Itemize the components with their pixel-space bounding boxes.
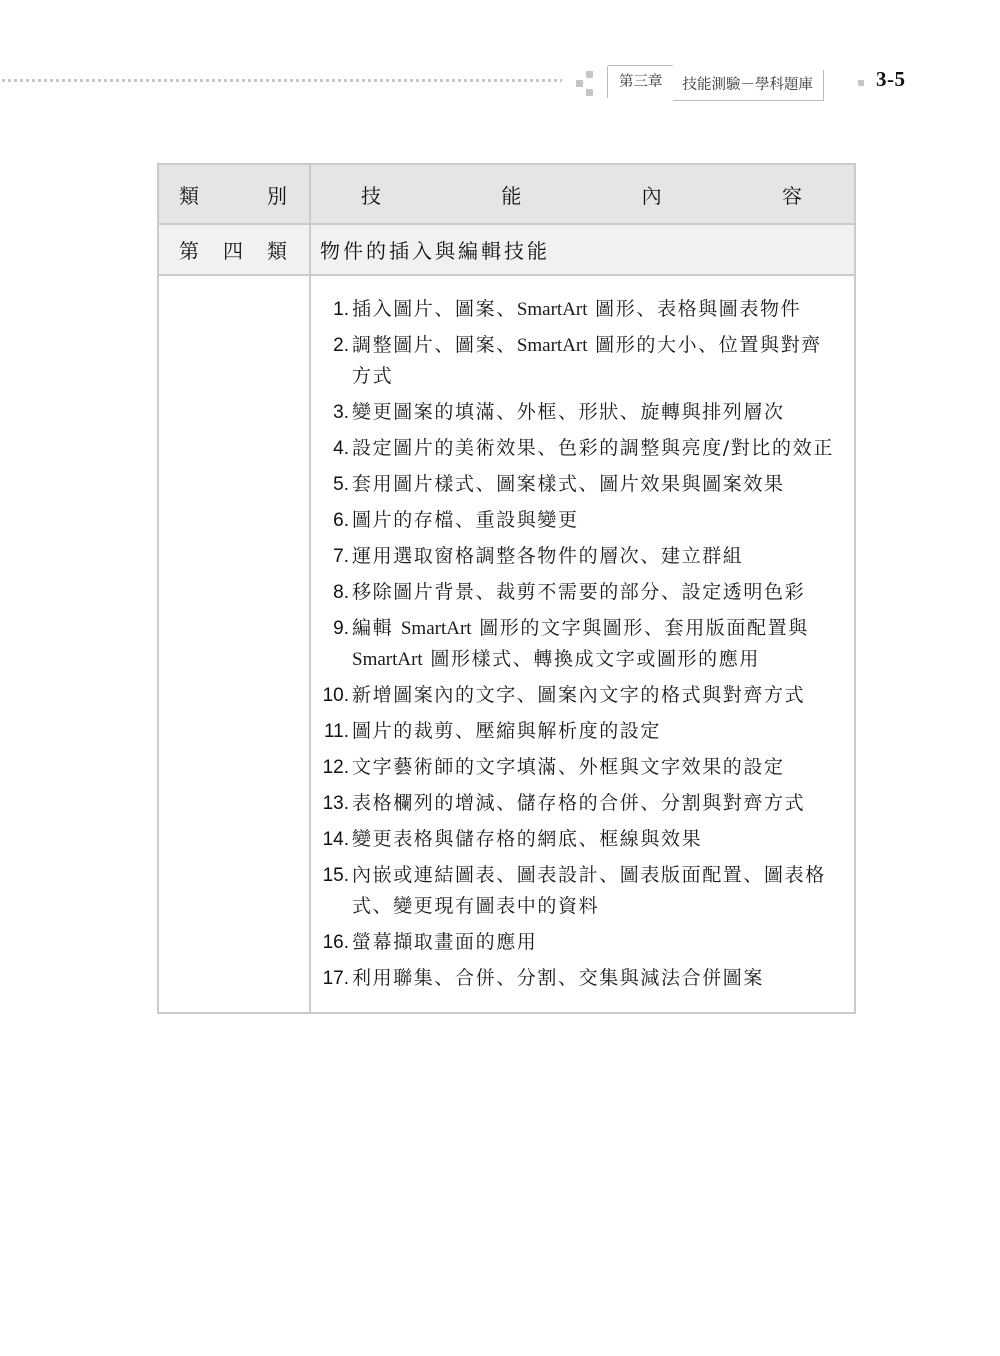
- category-row: 第 四 類 物件的插入與編輯技能: [159, 225, 854, 276]
- header-char: 技: [361, 180, 381, 209]
- list-item: 7.運用選取窗格調整各物件的層次、建立群組: [311, 541, 836, 572]
- item-number: 4.: [311, 433, 351, 464]
- item-number: 17.: [311, 963, 351, 994]
- item-number: 2.: [311, 330, 351, 392]
- item-text: 變更表格與儲存格的網底、框線與效果: [351, 824, 836, 855]
- header-char: 內: [642, 180, 662, 209]
- list-item: 10.新增圖案內的文字、圖案內文字的格式與對齊方式: [311, 680, 836, 711]
- latin-term: SmartArt: [517, 335, 588, 356]
- item-text: 內嵌或連結圖表、圖表設計、圖表版面配置、圖表格式、變更現有圖表中的資料: [351, 860, 836, 922]
- item-number: 14.: [311, 824, 351, 855]
- item-number: 8.: [311, 577, 351, 608]
- item-number: 11.: [311, 716, 351, 747]
- table-header-row: 類 別 技 能 內 容: [159, 165, 854, 225]
- header-char: 容: [782, 180, 802, 209]
- list-item: 9.編輯 SmartArt 圖形的文字與圖形、套用版面配置與 SmartArt …: [311, 613, 836, 675]
- chapter-label: 第三章: [608, 65, 673, 99]
- pixel-squares-ornament-icon: [576, 71, 596, 99]
- dotted-rule-divider: [2, 79, 562, 82]
- category-char: 第: [179, 235, 199, 264]
- list-item: 11.圖片的裁剪、壓縮與解析度的設定: [311, 716, 836, 747]
- item-number: 9.: [311, 613, 351, 675]
- item-text: 編輯 SmartArt 圖形的文字與圖形、套用版面配置與 SmartArt 圖形…: [351, 613, 836, 675]
- list-item: 14.變更表格與儲存格的網底、框線與效果: [311, 824, 836, 855]
- list-item: 6.圖片的存檔、重設與變更: [311, 505, 836, 536]
- item-number: 10.: [311, 680, 351, 711]
- latin-term: SmartArt: [517, 299, 588, 320]
- item-text: 利用聯集、合併、分割、交集與減法合併圖案: [351, 963, 836, 994]
- item-text: 新增圖案內的文字、圖案內文字的格式與對齊方式: [351, 680, 836, 711]
- item-text: 移除圖片背景、裁剪不需要的部分、設定透明色彩: [351, 577, 836, 608]
- latin-term: SmartArt: [401, 618, 472, 639]
- page-marker-square-icon: [858, 80, 864, 86]
- item-text: 圖片的存檔、重設與變更: [351, 505, 836, 536]
- item-text: 調整圖片、圖案、SmartArt 圖形的大小、位置與對齊方式: [351, 330, 836, 392]
- column-header-category: 類 別: [159, 165, 311, 223]
- skills-table: 類 別 技 能 內 容 第 四 類 物件的插入與編輯技能 1.插入圖片、圖案、S…: [157, 163, 856, 1014]
- item-number: 12.: [311, 752, 351, 783]
- item-text: 插入圖片、圖案、SmartArt 圖形、表格與圖表物件: [351, 294, 836, 325]
- category-char: 四: [223, 235, 243, 264]
- list-item: 8.移除圖片背景、裁剪不需要的部分、設定透明色彩: [311, 577, 836, 608]
- item-number: 1.: [311, 294, 351, 325]
- list-item: 16.螢幕擷取畫面的應用: [311, 927, 836, 958]
- item-text: 運用選取窗格調整各物件的層次、建立群組: [351, 541, 836, 572]
- category-title: 物件的插入與編輯技能: [311, 225, 854, 274]
- list-item: 15.內嵌或連結圖表、圖表設計、圖表版面配置、圖表格式、變更現有圖表中的資料: [311, 860, 836, 922]
- chapter-title: 技能測驗－學科題庫: [673, 70, 825, 101]
- running-header: 第三章 技能測驗－學科題庫 3-5: [0, 66, 1000, 102]
- column-header-content: 技 能 內 容: [311, 165, 854, 223]
- category-char: 類: [267, 235, 287, 264]
- item-text: 文字藝術師的文字填滿、外框與文字效果的設定: [351, 752, 836, 783]
- item-number: 16.: [311, 927, 351, 958]
- items-row: 1.插入圖片、圖案、SmartArt 圖形、表格與圖表物件 2.調整圖片、圖案、…: [159, 276, 854, 1012]
- item-number: 6.: [311, 505, 351, 536]
- item-number: 15.: [311, 860, 351, 922]
- list-item: 12.文字藝術師的文字填滿、外框與文字效果的設定: [311, 752, 836, 783]
- item-text: 變更圖案的填滿、外框、形狀、旋轉與排列層次: [351, 397, 836, 428]
- page-number: 3-5: [876, 67, 906, 92]
- list-item: 13.表格欄列的增減、儲存格的合併、分割與對齊方式: [311, 788, 836, 819]
- item-text: 設定圖片的美術效果、色彩的調整與亮度/對比的效正: [351, 433, 836, 464]
- category-label: 第 四 類: [159, 225, 311, 274]
- item-number: 3.: [311, 397, 351, 428]
- item-text: 螢幕擷取畫面的應用: [351, 927, 836, 958]
- list-item: 3.變更圖案的填滿、外框、形狀、旋轉與排列層次: [311, 397, 836, 428]
- item-text: 圖片的裁剪、壓縮與解析度的設定: [351, 716, 836, 747]
- list-item: 2.調整圖片、圖案、SmartArt 圖形的大小、位置與對齊方式: [311, 330, 836, 392]
- item-number: 13.: [311, 788, 351, 819]
- item-number: 5.: [311, 469, 351, 500]
- item-text: 套用圖片樣式、圖案樣式、圖片效果與圖案效果: [351, 469, 836, 500]
- skill-list: 1.插入圖片、圖案、SmartArt 圖形、表格與圖表物件 2.調整圖片、圖案、…: [311, 276, 854, 1012]
- item-number: 7.: [311, 541, 351, 572]
- chapter-tab: 第三章 技能測驗－學科題庫: [607, 66, 824, 98]
- latin-term: SmartArt: [352, 649, 423, 670]
- list-item: 5.套用圖片樣式、圖案樣式、圖片效果與圖案效果: [311, 469, 836, 500]
- item-text: 表格欄列的增減、儲存格的合併、分割與對齊方式: [351, 788, 836, 819]
- header-char: 別: [267, 180, 287, 209]
- header-char: 能: [501, 180, 521, 209]
- list-item: 4.設定圖片的美術效果、色彩的調整與亮度/對比的效正: [311, 433, 836, 464]
- header-char: 類: [179, 180, 199, 209]
- list-item: 1.插入圖片、圖案、SmartArt 圖形、表格與圖表物件: [311, 294, 836, 325]
- list-item: 17.利用聯集、合併、分割、交集與減法合併圖案: [311, 963, 836, 994]
- empty-category-cell: [159, 276, 311, 1012]
